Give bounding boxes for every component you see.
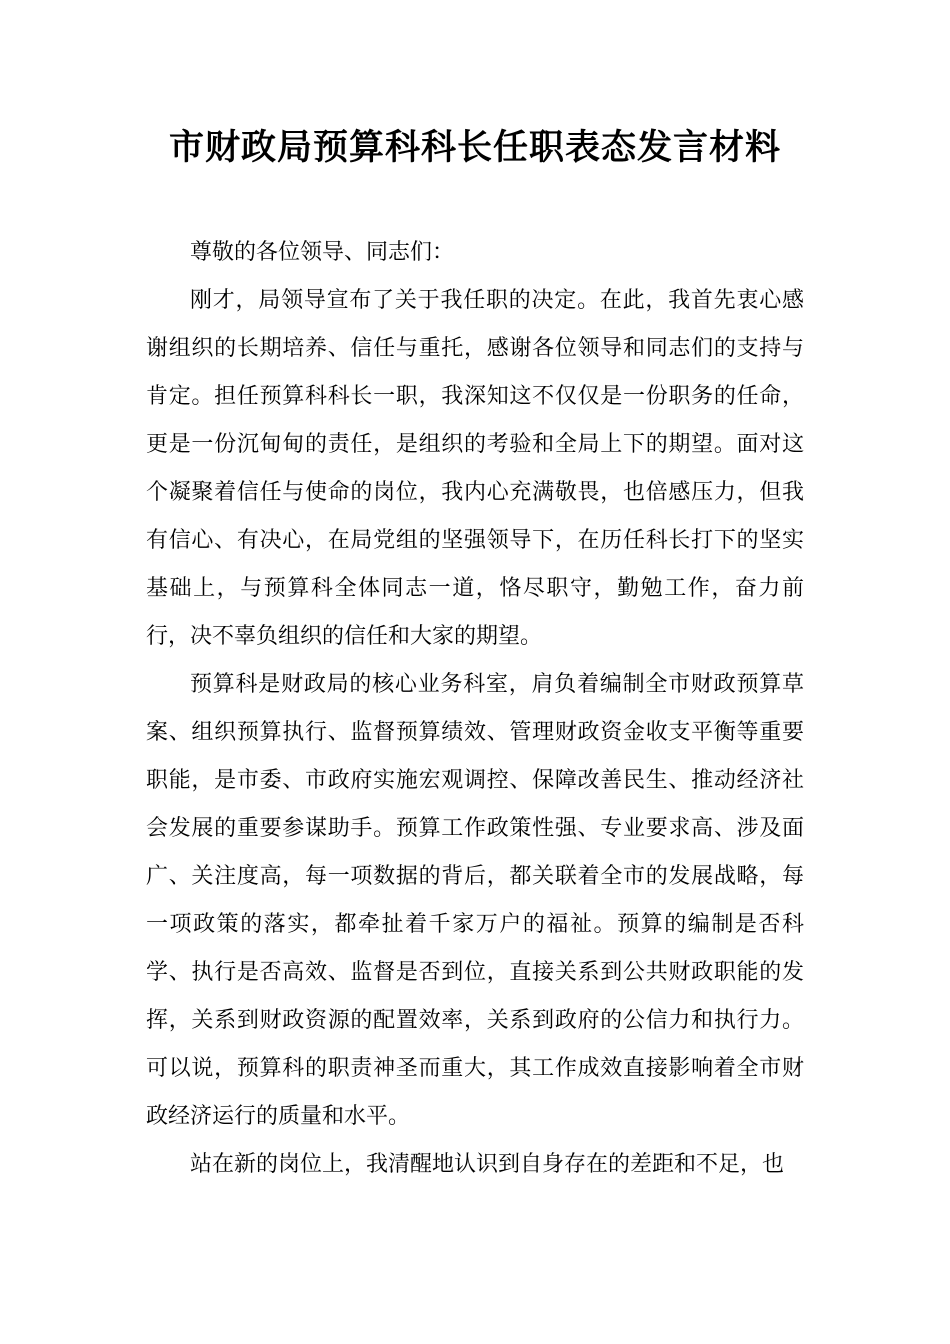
body-paragraph-3-truncated: 站在新的岗位上，我清醒地认识到自身存在的差距和不足，也 (146, 1140, 804, 1188)
body-paragraph-1: 刚才，局领导宣布了关于我任职的决定。在此，我首先衷心感谢组织的长期培养、信任与重… (146, 276, 804, 660)
body-paragraph-2: 预算科是财政局的核心业务科室，肩负着编制全市财政预算草案、组织预算执行、监督预算… (146, 660, 804, 1140)
document-title: 市财政局预算科科长任职表态发言材料 (146, 126, 804, 170)
greeting-line: 尊敬的各位领导、同志们： (146, 228, 804, 276)
document-page: 市财政局预算科科长任职表态发言材料 尊敬的各位领导、同志们： 刚才，局领导宣布了… (0, 0, 950, 1344)
